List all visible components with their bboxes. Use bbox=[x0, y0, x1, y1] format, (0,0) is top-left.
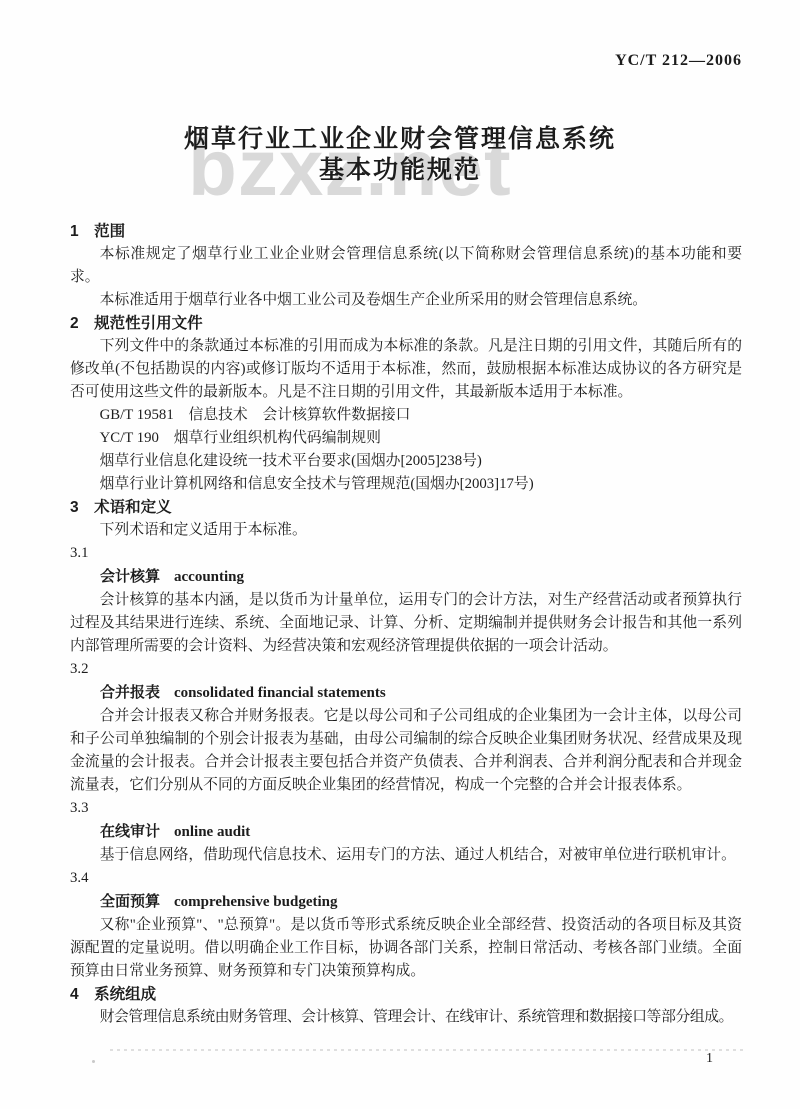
scan-noise-line bbox=[110, 1049, 744, 1051]
section-3-intro: 下列术语和定义适用于本标准。 bbox=[70, 519, 742, 542]
term-name: 全面预算comprehensive budgeting bbox=[70, 890, 742, 914]
term-name: 在线审计online audit bbox=[70, 820, 742, 844]
section-3-heading: 3 术语和定义 bbox=[70, 496, 742, 519]
section-1-paragraph-2: 本标准适用于烟草行业各中烟工业公司及卷烟生产企业所采用的财会管理信息系统。 bbox=[70, 289, 742, 312]
doc-title-line1: 烟草行业工业企业财会管理信息系统 bbox=[0, 124, 800, 155]
term-definition: 基于信息网络，借助现代信息技术、运用专门的方法、通过人机结合，对被审单位进行联机… bbox=[70, 844, 742, 867]
term-number: 3.4 bbox=[70, 867, 742, 890]
term-name-zh: 在线审计 bbox=[100, 823, 160, 840]
term-name-en: comprehensive budgeting bbox=[174, 894, 337, 910]
section-2-paragraph: 下列文件中的条款通过本标准的引用而成为本标准的条款。凡是注日期的引用文件，其随后… bbox=[70, 335, 742, 404]
term-name-zh: 会计核算 bbox=[100, 568, 160, 585]
scan-noise-dot bbox=[92, 1060, 95, 1063]
section-4-paragraph: 财会管理信息系统由财务管理、会计核算、管理会计、在线审计、系统管理和数据接口等部… bbox=[70, 1006, 742, 1029]
reference-item: YC/T 190 烟草行业组织机构代码编制规则 bbox=[70, 427, 742, 450]
term-definition: 又称"企业预算"、"总预算"。是以货币等形式系统反映企业全部经营、投资活动的各项… bbox=[70, 914, 742, 983]
doc-title-line2: 基本功能规范 bbox=[0, 155, 800, 186]
doc-body: 1 范围 本标准规定了烟草行业工业企业财会管理信息系统(以下简称财会管理信息系统… bbox=[70, 220, 742, 1029]
term-number: 3.3 bbox=[70, 797, 742, 820]
term-definition: 会计核算的基本内涵，是以货币为计量单位，运用专门的会计方法，对生产经营活动或者预… bbox=[70, 589, 742, 658]
term-name-en: consolidated financial statements bbox=[174, 685, 386, 701]
page-number: 1 bbox=[706, 1051, 713, 1067]
term-name-en: online audit bbox=[174, 824, 250, 840]
section-2-heading: 2 规范性引用文件 bbox=[70, 312, 742, 335]
term-name: 合并报表consolidated financial statements bbox=[70, 681, 742, 705]
document-page: YC/T 212—2006 bzxz.net 烟草行业工业企业财会管理信息系统 … bbox=[0, 0, 800, 1109]
term-name-zh: 合并报表 bbox=[100, 684, 160, 701]
term-name-en: accounting bbox=[174, 569, 244, 585]
reference-item: 烟草行业计算机网络和信息安全技术与管理规范(国烟办[2003]17号) bbox=[70, 473, 742, 496]
section-1-paragraph-1: 本标准规定了烟草行业工业企业财会管理信息系统(以下简称财会管理信息系统)的基本功… bbox=[70, 243, 742, 289]
section-4-heading: 4 系统组成 bbox=[70, 983, 742, 1006]
term-name-zh: 全面预算 bbox=[100, 893, 160, 910]
term-definition: 合并会计报表又称合并财务报表。它是以母公司和子公司组成的企业集团为一会计主体，以… bbox=[70, 705, 742, 797]
term-number: 3.2 bbox=[70, 658, 742, 681]
doc-number: YC/T 212—2006 bbox=[615, 52, 742, 70]
reference-item: GB/T 19581 信息技术 会计核算软件数据接口 bbox=[70, 404, 742, 427]
term-number: 3.1 bbox=[70, 542, 742, 565]
reference-item: 烟草行业信息化建设统一技术平台要求(国烟办[2005]238号) bbox=[70, 450, 742, 473]
section-1-heading: 1 范围 bbox=[70, 220, 742, 243]
doc-title: 烟草行业工业企业财会管理信息系统 基本功能规范 bbox=[0, 124, 800, 186]
term-name: 会计核算accounting bbox=[70, 565, 742, 589]
